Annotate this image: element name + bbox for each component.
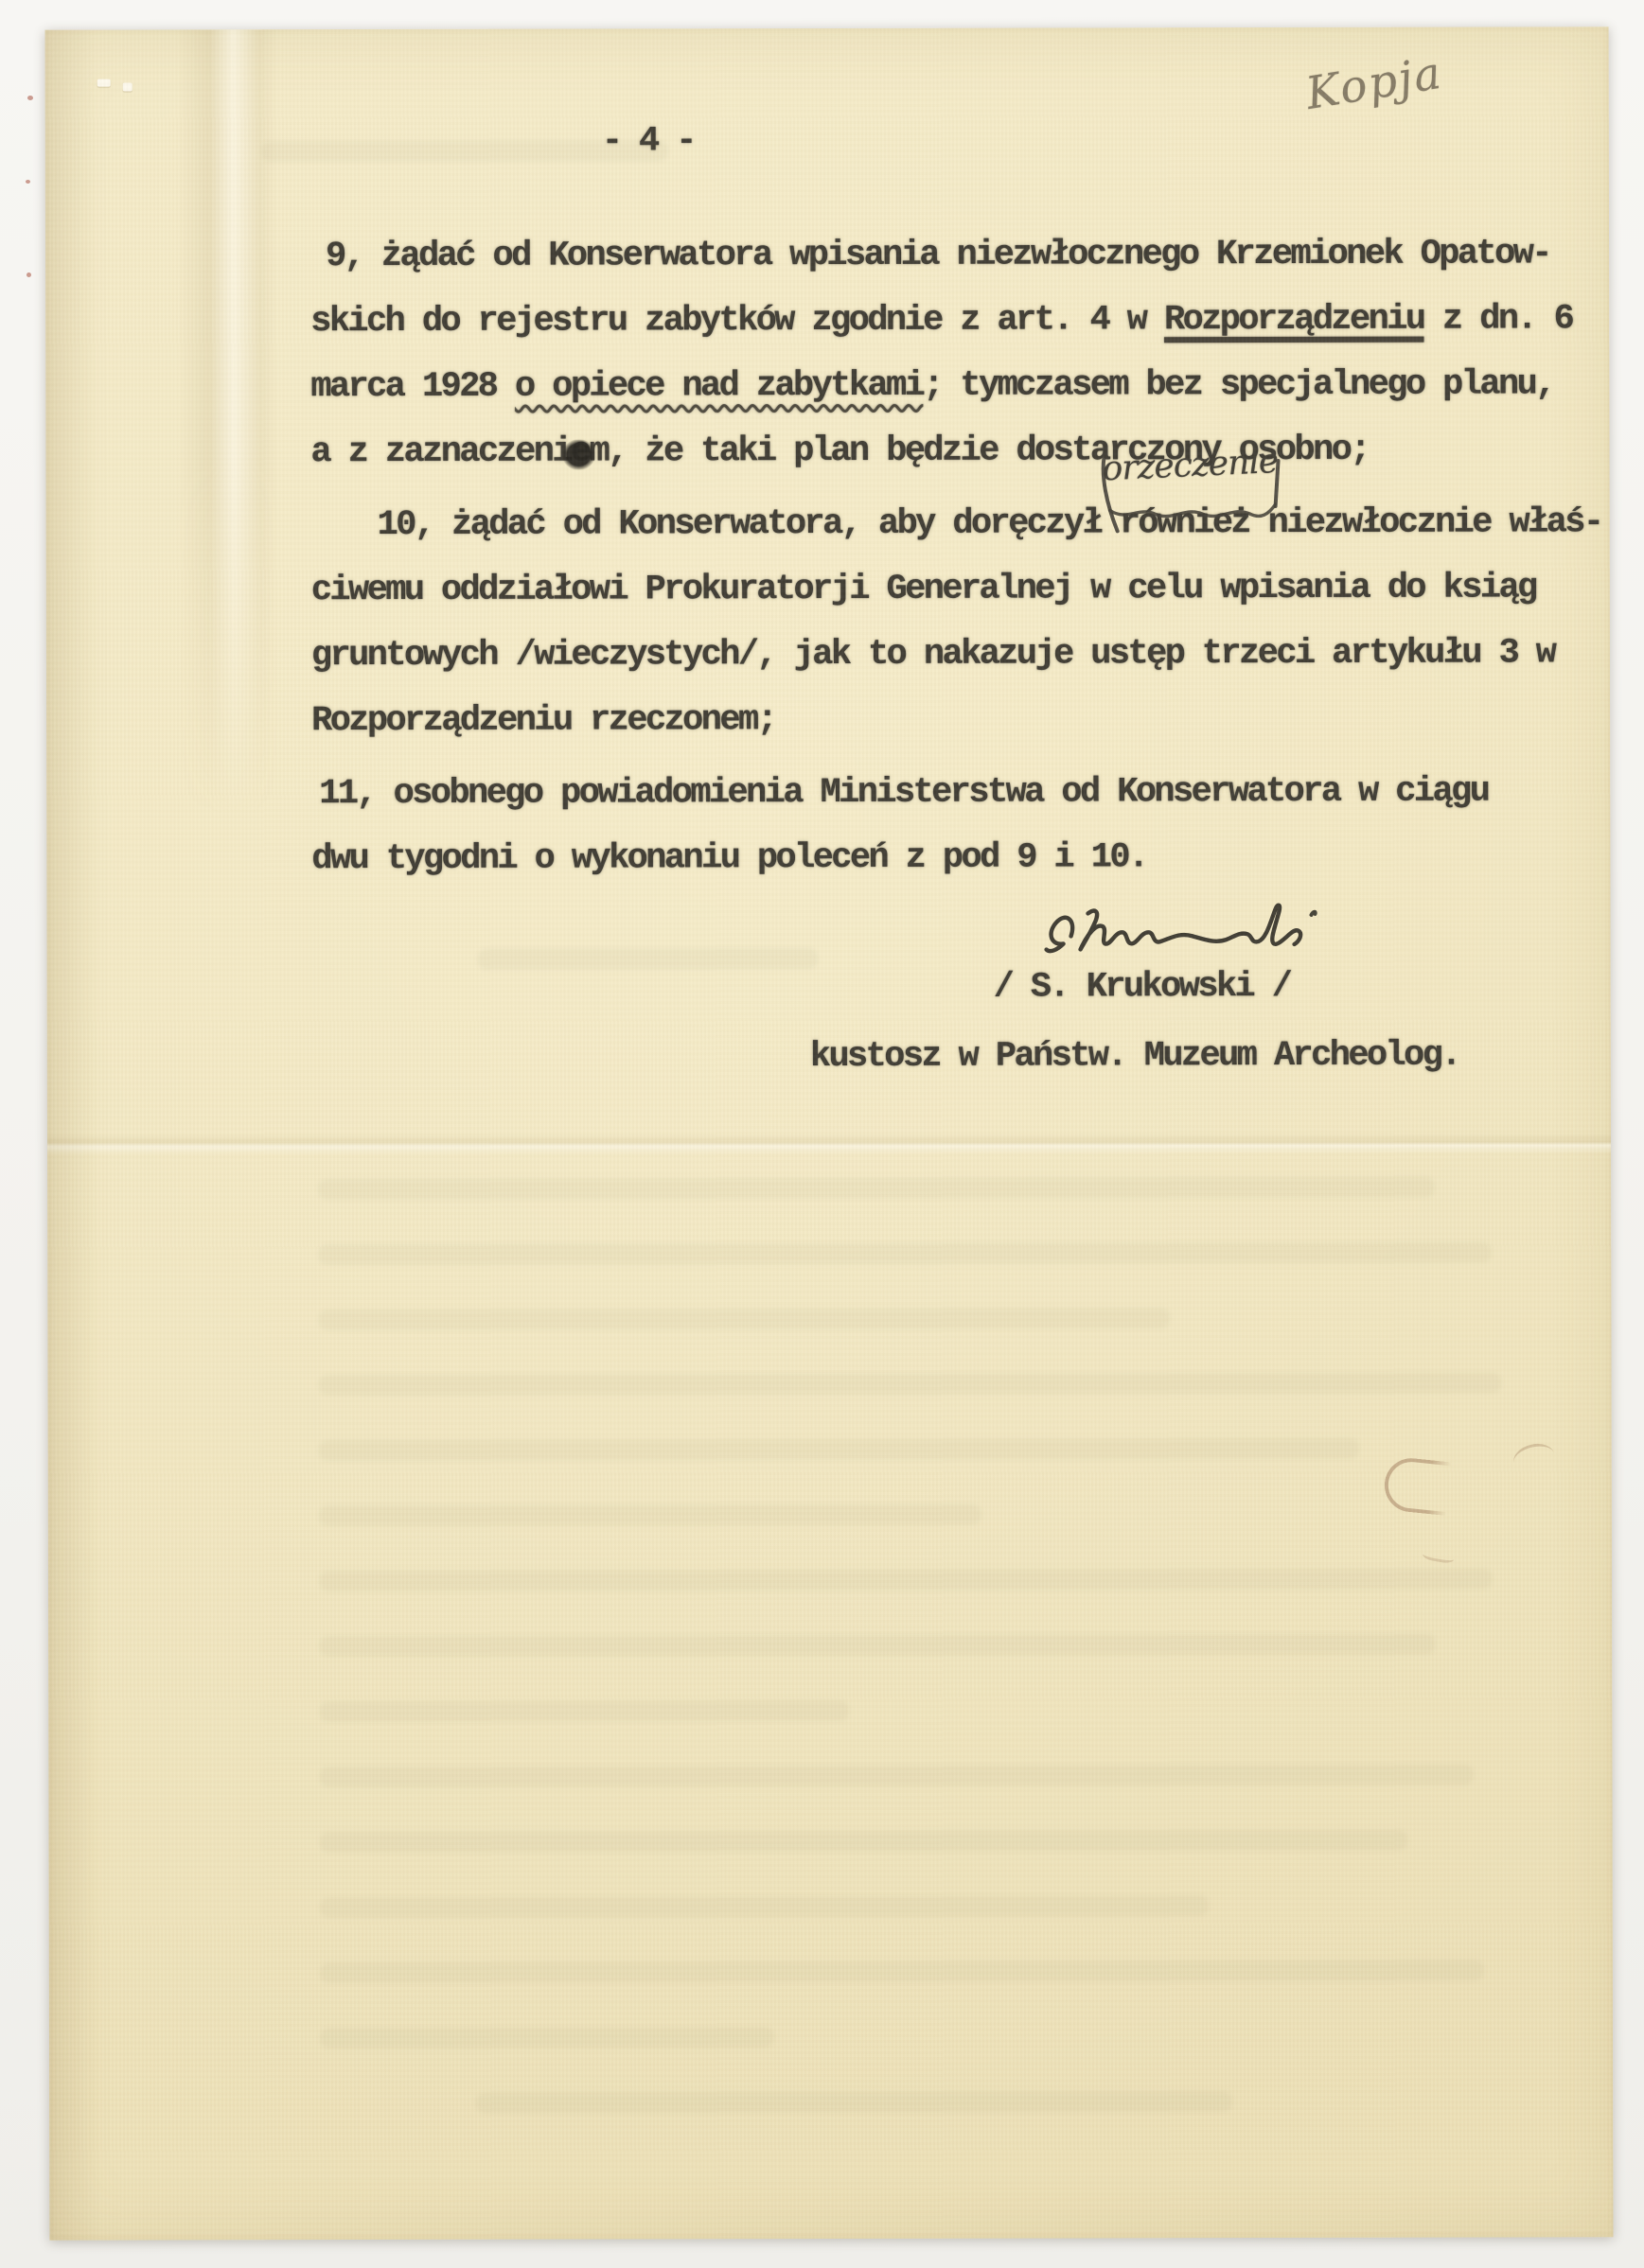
- typed-line: a z zaznaczeniem, że taki plan będzie do…: [310, 417, 1635, 485]
- bleed-through-mark: [319, 1765, 1474, 1788]
- paper-dent: [97, 79, 111, 87]
- typed-segment: 10, żądać od Konserwatora, aby doręczył …: [378, 502, 1602, 545]
- typed-segment: ciwemu oddziałowi Prokuratorji Generalne…: [311, 568, 1536, 610]
- bleed-through-mark: [478, 948, 819, 970]
- paperclip-rust-mark: [1382, 1455, 1451, 1516]
- bleed-through-mark: [318, 1242, 1492, 1266]
- typed-segment: gruntowych /wieczystych/, jak to nakazuj…: [311, 633, 1555, 676]
- bleed-through-mark: [475, 2091, 1232, 2114]
- typed-line: dwu tygodni o wykonaniu poleceń z pod 9 …: [311, 824, 1636, 892]
- typed-segment: ; tymczasem bez specjalnego planu,: [923, 364, 1554, 405]
- typed-segment-u-heavy: Rozporządzeniu: [1164, 300, 1424, 341]
- bleed-through-mark: [319, 1634, 1436, 1657]
- scanned-document-screenshot: { "page": { "handwritten_note_top_right"…: [0, 0, 1644, 2268]
- typed-line: 9, żądać od Konserwatora wpisania niezwł…: [310, 221, 1635, 290]
- typed-line: gruntowych /wieczystych/, jak to nakazuj…: [311, 621, 1636, 689]
- bleed-through-mark: [318, 1177, 1435, 1200]
- typed-segment: dwu tygodni o wykonaniu poleceń z pod 9 …: [311, 837, 1146, 879]
- typed-segment: z dn. 6: [1423, 299, 1572, 339]
- typed-segment-u-wavy: o opiece nad zabytkami: [515, 366, 923, 407]
- typed-text-block: 9, żądać od Konserwatora wpisania niezwł…: [310, 214, 1636, 892]
- bleed-through-mark: [318, 1308, 1170, 1330]
- typed-segment: skich do rejestru zabytków zgodnie z art…: [310, 300, 1164, 342]
- bleed-through-mark: [320, 1830, 1408, 1853]
- bleed-through-mark: [319, 1569, 1493, 1592]
- typed-segment: 9, żądać od Konserwatora wpisania niezwł…: [326, 234, 1550, 276]
- bleed-through-mark: [319, 1438, 1360, 1461]
- typed-segment: 11, osobnego powiadomienia Ministerstwa …: [319, 772, 1488, 815]
- paperclip-rust-mark: [1422, 1546, 1456, 1565]
- margin-fleck: [27, 96, 33, 100]
- typed-line: marca 1928 o opiece nad zabytkami; tymcz…: [310, 352, 1635, 420]
- bleed-through-mark: [319, 1373, 1502, 1397]
- typed-segment-blot: e: [571, 432, 590, 472]
- typed-line: skich do rejestru zabytków zgodnie z art…: [310, 287, 1635, 355]
- paper-dent: [123, 83, 133, 92]
- typed-line: Rozporządzeniu rzeczonem;: [311, 686, 1636, 754]
- bleed-through-mark: [319, 1504, 981, 1526]
- bleed-through-mark: [320, 2027, 774, 2048]
- paper-fold-horizontal: [47, 1133, 1611, 1154]
- document-page: Kopja - 4 - 9, żądać od Konserwatora wpi…: [45, 26, 1614, 2240]
- bleed-through-mark: [319, 1700, 849, 1722]
- typed-line: ciwemu oddziałowi Prokuratorji Generalne…: [311, 555, 1636, 624]
- bleed-through-mark: [261, 140, 668, 162]
- typed-segment: Rozporządzeniu rzeczonem;: [311, 700, 775, 741]
- margin-fleck: [27, 273, 31, 277]
- typed-segment: marca 1928: [310, 367, 515, 407]
- handwritten-note-kopja: Kopja: [1302, 47, 1446, 120]
- typed-signature-title: kustosz w Państw. Muzeum Archeolog.: [810, 1024, 1459, 1090]
- typed-signature-name: / S. Krukowski /: [994, 955, 1291, 1021]
- typed-line: 11, osobnego powiadomienia Ministerstwa …: [311, 759, 1636, 827]
- paperclip-rust-mark: [1511, 1440, 1558, 1478]
- typed-line: 10, żądać od Konserwatora, aby doręczył …: [311, 490, 1636, 558]
- bleed-through-mark: [320, 1960, 1484, 1984]
- paper-edge-shade: [45, 30, 102, 2241]
- handwritten-insertion-orzeczenie: orzeczenie: [1102, 442, 1279, 488]
- typed-segment: a z zaznaczeni: [310, 432, 571, 473]
- bleed-through-mark: [320, 1895, 1210, 1918]
- margin-fleck: [26, 180, 30, 184]
